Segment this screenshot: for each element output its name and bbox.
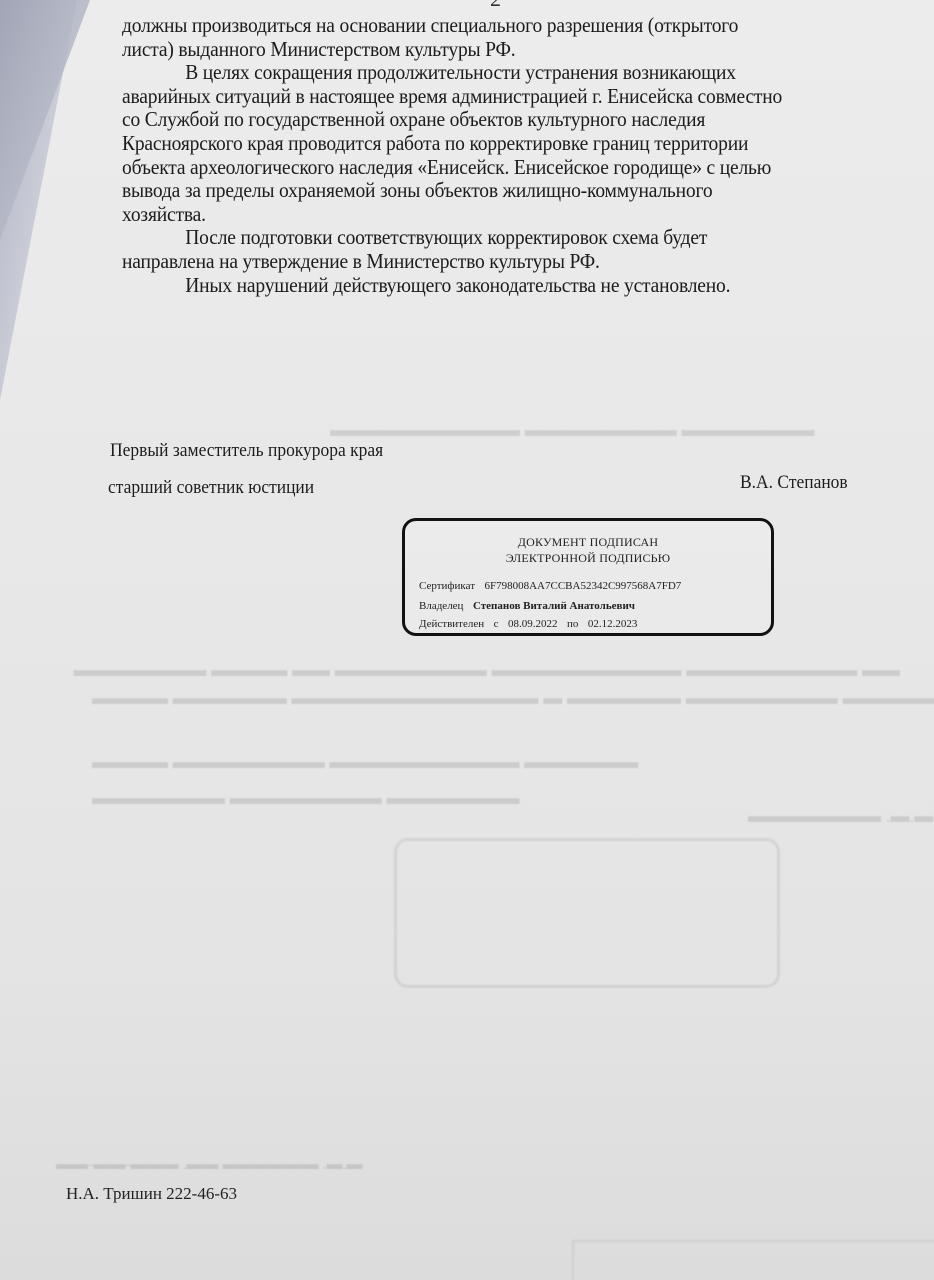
signer-position: Первый заместитель прокурора края (110, 440, 383, 462)
certificate-value: 6F798008AA7CCBA52342C997568A7FD7 (485, 580, 682, 592)
text-line: аварийных ситуаций в настоящее время адм… (122, 84, 782, 108)
valid-to: 02.12.2023 (588, 618, 638, 630)
paragraph-4: Иных нарушений действующего законодатель… (122, 274, 885, 298)
page-fold-edge (0, 0, 90, 240)
valid-from-label: с (494, 618, 499, 630)
paragraph-2: В целях сокращения продолжительности уст… (122, 61, 885, 226)
text-line: объекта археологического наследия «Енисе… (122, 155, 771, 179)
text-line: После подготовки соответствующих коррект… (185, 225, 707, 249)
stamp-certificate: Сертификат 6F798008AA7CCBA52342C997568A7… (419, 580, 681, 592)
valid-to-label: по (567, 618, 578, 630)
show-through-text: ▬▬▬▬▬▬ ▬▬▬▬▬▬▬▬▬▬ ▬▬▬▬▬▬▬▬ ▬▬▬▬ (92, 752, 638, 774)
owner-value: Степанов Виталий Анатольевич (473, 600, 635, 612)
show-through-stamp (394, 838, 780, 988)
stamp-heading: ДОКУМЕНТ ПОДПИСАН (405, 535, 771, 550)
body-text: должны производиться на основании специа… (122, 14, 885, 297)
valid-label: Действителен (419, 618, 484, 630)
page-number: 2 (490, 0, 501, 12)
text-line: хозяйства. (122, 202, 206, 226)
show-through-text: ▬.▬. ▬▬▬▬▬▬▬ (748, 806, 933, 828)
show-through-text: ▬▬ ▬▬▬▬▬▬▬▬▬ ▬▬▬▬▬▬▬▬▬▬ ▬▬▬▬▬▬▬▬ ▬▬ ▬▬▬▬… (160, 660, 900, 682)
text-line: должны производиться на основании специа… (122, 13, 738, 37)
show-through-box (572, 1240, 934, 1280)
stamp-owner: Владелец Степанов Виталий Анатольевич (419, 600, 635, 612)
text-line: листа) выданного Министерством культуры … (122, 37, 515, 61)
signer-rank: старший советник юстиции (108, 477, 314, 499)
text-line: Иных нарушений действующего законодатель… (185, 273, 730, 297)
text-line: В целях сокращения продолжительности уст… (185, 60, 736, 84)
stamp-heading: ЭЛЕКТРОННОЙ ПОДПИСЬЮ (405, 551, 771, 566)
owner-label: Владелец (419, 600, 463, 612)
document-page: ▬▬▬▬▬▬▬ ▬▬▬▬▬▬▬▬ ▬▬▬▬▬▬▬▬▬▬ ▬▬ ▬▬▬▬▬▬▬▬▬… (0, 0, 934, 1280)
text-line: вывода за пределы охраняемой зоны объект… (122, 178, 712, 202)
text-line: направлена на утверждение в Министерство… (122, 249, 600, 273)
paragraph-3: После подготовки соответствующих коррект… (122, 226, 885, 273)
electronic-signature-stamp: ДОКУМЕНТ ПОДПИСАН ЭЛЕКТРОННОЙ ПОДПИСЬЮ С… (402, 518, 774, 636)
paragraph-1: должны производиться на основании специа… (122, 14, 885, 61)
text-line: со Службой по государственной охране объ… (122, 107, 705, 131)
show-through-text: ▬▬▬▬▬▬▬ ▬▬▬▬▬▬▬▬ ▬▬▬▬▬▬▬▬▬▬ (330, 420, 815, 442)
show-through-text: ▬▬▬▬▬▬▬ ▬▬▬▬▬▬▬▬ ▬▬▬▬▬▬▬ (92, 788, 520, 810)
show-through-text: ▬▬▬▬▬ ▬▬▬▬▬ ▬▬▬▬▬▬ ▬▬▬▬▬▬▬▬ ▬▬▬▬▬▬ ▬ ▬▬▬… (92, 688, 934, 710)
executor-contact: Н.А. Тришин 222-46-63 (66, 1184, 237, 1204)
signer-name: В.А. Степанов (740, 472, 848, 494)
stamp-validity: Действителен с 08.09.2022 по 02.12.2023 (419, 618, 637, 630)
text-line: Красноярского края проводится работа по … (122, 131, 748, 155)
certificate-label: Сертификат (419, 580, 475, 592)
valid-from: 08.09.2022 (508, 618, 558, 630)
show-through-text: ▬.▬. ▬▬▬▬▬▬ ▬▬. ▬▬▬-▬▬-▬▬ (56, 1156, 363, 1174)
